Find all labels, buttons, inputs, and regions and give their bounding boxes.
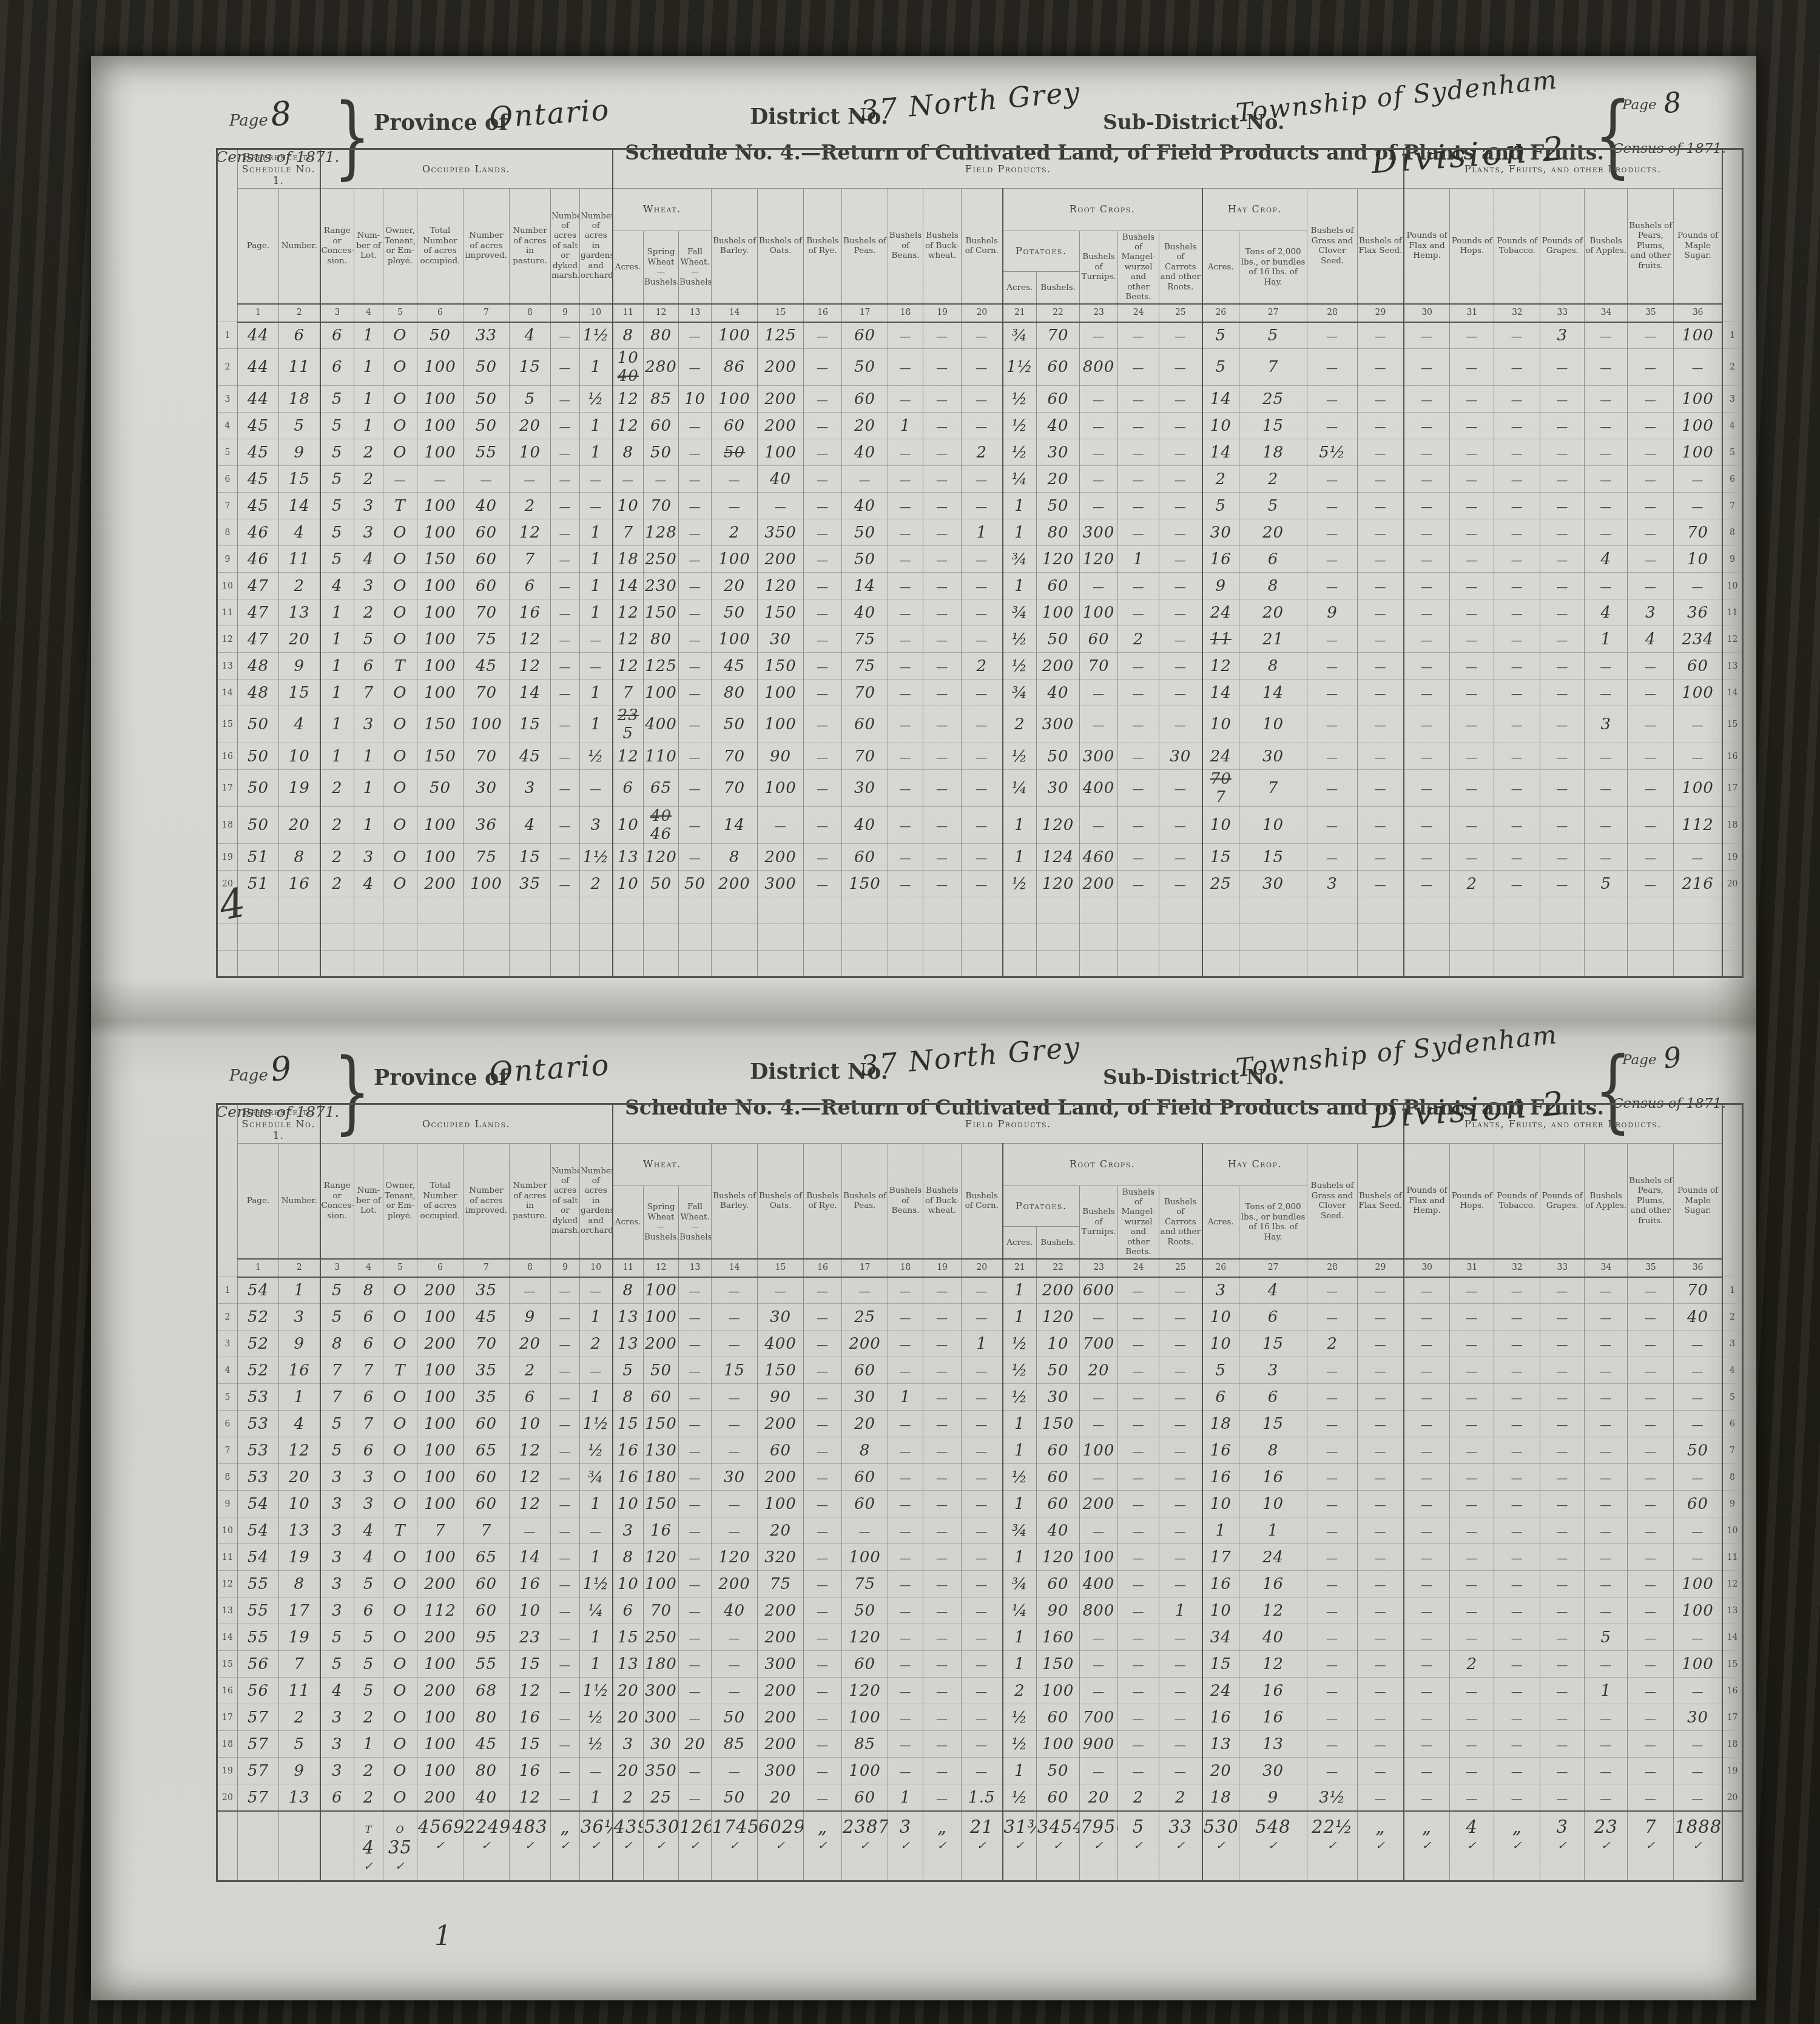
cell-col-31: — [1450,1304,1494,1331]
cell-col-33: — [1540,1597,1585,1624]
cell-col-2: 6 [279,322,320,349]
cell-col-24: 1 [1118,546,1159,573]
blank-dash: — [1645,1312,1657,1325]
blank-dash: — [689,1605,701,1619]
row-number-right: 20 [1722,1784,1743,1811]
total-cell-col-17: 2387✓ [842,1811,888,1881]
cell-col-24: 2 [1118,626,1159,653]
cell-col-24: — [1118,1544,1159,1571]
blank-dash: — [1326,420,1338,434]
blank-dash: — [1421,1659,1433,1672]
cell-col-2: 8 [279,844,320,871]
row-number-left: 3 [217,386,238,413]
cell-col-1: 46 [238,519,279,546]
cell-col-9: — [551,1384,580,1411]
column-number-28: 28 [1307,304,1358,322]
cell-col-7: 100 [463,706,510,743]
column-header-31: Pounds of Hops. [1450,188,1494,304]
cell-col-36: — [1674,1758,1722,1784]
blank-dash: — [1421,394,1433,407]
blank-dash: — [1556,1766,1568,1779]
blank-dash: — [976,1632,988,1645]
cell-col-9: — [551,807,580,844]
cell-col-35: — [1628,770,1674,807]
cell-col-8: 15 [510,1731,551,1758]
cell-col-22: 60 [1037,1571,1080,1597]
cell-col-28: — [1307,1304,1358,1331]
blank-dash: — [817,719,829,732]
total-cell-col-30: „✓ [1404,1811,1450,1881]
blank-dash: — [1175,1685,1187,1699]
blank-dash: — [1645,1365,1657,1378]
cell-col-4: 1 [354,807,383,844]
blank-dash: — [817,527,829,541]
cell-col-35: — [1628,349,1674,386]
blank-dash: — [1600,1712,1612,1725]
page-number-handwritten: 9 [269,1048,295,1088]
cell-col-31: — [1450,1758,1494,1784]
blank-dash: — [559,1659,571,1672]
cell-col-6: 100 [417,1437,463,1464]
row-number-right: 8 [1722,1464,1743,1491]
ledger-row-14: 14481517O1007014—17100—80100—70———¾40———… [217,680,1743,706]
cell-col-22: 60 [1037,1491,1080,1517]
cell-col-15: 200 [758,1704,804,1731]
blank-dash: — [817,447,829,460]
blank-dash: — [976,751,988,764]
column-number-9: 9 [551,304,580,322]
blank-dash: — [1556,1445,1568,1459]
blank-dash: — [689,474,701,487]
cell-col-22: 150 [1037,1651,1080,1678]
column-header-2: Number. [279,188,320,304]
cell-col-6: 100 [417,1758,463,1784]
cell-col-20: — [962,1678,1003,1704]
cell-col-9: — [551,599,580,626]
cell-col-10: 1 [580,1651,613,1678]
cell-col-21: ½ [1003,871,1037,897]
cell-col-22: 60 [1037,1784,1080,1811]
cell-col-31: — [1450,680,1494,706]
ledger-row-6: 653457O1006010—1½15150——200—20———1150———… [217,1411,1743,1437]
blank-dash: — [1556,1285,1568,1298]
cell-col-4: 4 [354,1544,383,1571]
blank-dash: — [1511,527,1523,541]
checkmark: ✓ [1119,1839,1158,1852]
cell-col-7: 60 [463,1411,510,1437]
blank-dash: — [1600,751,1612,764]
cell-col-34: 1 [1585,626,1628,653]
cell-col-1: 57 [238,1731,279,1758]
blank-dash: — [1556,1792,1568,1806]
blank-dash: — [1600,852,1612,865]
blank-dash: — [1556,1525,1568,1539]
cell-col-6: 100 [417,1731,463,1758]
cell-col-23: 300 [1080,519,1118,546]
cell-col-19: — [923,1464,962,1491]
cell-col-31: — [1450,1357,1494,1384]
cell-col-10: 1 [580,439,613,466]
cell-col-36: — [1674,349,1722,386]
cell-col-24: — [1118,439,1159,466]
cell-col-24: — [1118,680,1159,706]
cell-col-8: 12 [510,1464,551,1491]
cell-col-17: 150 [842,871,888,897]
cell-col-33: — [1540,706,1585,743]
cell-col-21: 1 [1003,844,1037,871]
cell-col-14: — [712,1678,758,1704]
column-number-31: 31 [1450,304,1494,322]
cell-col-4: 2 [354,439,383,466]
cell-col-4: 5 [354,1624,383,1651]
cell-col-6: — [417,466,463,493]
cell-col-29: — [1358,871,1404,897]
cell-col-20: — [962,626,1003,653]
cell-col-16: — [804,1597,842,1624]
cell-col-25: — [1159,844,1202,871]
column-header-4: Num- ber of Lot. [354,188,383,304]
cell-col-27: 20 [1239,599,1307,626]
row-number-left: 5 [217,1384,238,1411]
blank-dash: — [1374,1712,1386,1725]
cell-col-19: — [923,844,962,871]
cell-col-23: 300 [1080,743,1118,770]
cell-col-29: — [1358,743,1404,770]
cell-col-21: 1½ [1003,349,1037,386]
cell-col-19: — [923,680,962,706]
cell-col-1: 45 [238,439,279,466]
row-number-left: 17 [217,770,238,807]
column-header-27: Tons of 2,000 lbs., or bundles of 16 lbs… [1239,1186,1307,1259]
cell-col-19: — [923,1384,962,1411]
cell-col-33: — [1540,1277,1585,1304]
cell-col-21: 1 [1003,493,1037,519]
cell-col-15: 300 [758,871,804,897]
cell-col-20: — [962,844,1003,871]
cell-col-8: 2 [510,493,551,519]
cell-col-28: — [1307,1437,1358,1464]
cell-col-28: — [1307,1491,1358,1517]
cell-col-16: — [804,1731,842,1758]
cell-col-32: — [1494,1384,1540,1411]
cell-col-5: O [383,1277,417,1304]
blank-dash: — [559,1792,571,1806]
cell-col-9: — [551,871,580,897]
cell-col-18: — [888,1437,923,1464]
cell-col-10: 1 [580,519,613,546]
cell-col-17: 75 [842,626,888,653]
cell-col-10: 1 [580,573,613,599]
cell-col-36: 112 [1674,807,1722,844]
cell-col-22: 50 [1037,1758,1080,1784]
blank-dash: — [729,1312,741,1325]
blank-dash: — [817,1392,829,1405]
cell-col-5: — [383,466,417,493]
blank-dash: — [1421,719,1433,732]
cell-col-35: — [1628,844,1674,871]
cell-col-29: — [1358,680,1404,706]
cell-col-1: 50 [238,770,279,807]
cell-col-4: 7 [354,680,383,706]
column-header-18: Bushels of Beans. [888,1143,923,1259]
blank-dash: — [1556,527,1568,541]
cell-col-29: — [1358,1624,1404,1651]
column-header-25: Bushels of Carrots and other Roots. [1159,231,1202,304]
blank-dash: — [1133,527,1145,541]
blank-dash: — [1421,1525,1433,1539]
cell-col-15: 100 [758,680,804,706]
cell-col-9: — [551,439,580,466]
blank-dash: — [1692,501,1704,514]
checkmark: ✓ [1358,1839,1403,1852]
row-number-right: 14 [1722,1624,1743,1651]
cell-col-34: — [1585,1357,1628,1384]
blank-dash: — [1175,1445,1187,1459]
blank-dash: — [1326,1365,1338,1378]
cell-col-13: 10 [679,386,712,413]
blank-dash: — [1374,330,1386,343]
cell-col-3: 2 [320,871,354,897]
column-header-20: Bushels of Corn. [962,1143,1003,1259]
row-number-left: 11 [217,1544,238,1571]
cell-col-25: — [1159,1464,1202,1491]
cell-col-20: — [962,599,1003,626]
cell-col-6: 100 [417,349,463,386]
cell-col-15: 200 [758,844,804,871]
cell-col-17: 60 [842,386,888,413]
cell-col-15: 200 [758,1597,804,1624]
blank-dash: — [1421,783,1433,796]
blank-dash: — [936,1418,948,1432]
cell-col-29: — [1358,1517,1404,1544]
cell-col-28: — [1307,386,1358,413]
cell-col-30: — [1404,466,1450,493]
blank-dash: — [1374,527,1386,541]
cell-col-4: 1 [354,770,383,807]
cell-col-29: — [1358,1411,1404,1437]
cell-col-1: 47 [238,599,279,626]
cell-col-36: 216 [1674,871,1722,897]
cell-col-29: — [1358,1304,1404,1331]
cell-col-30: — [1404,1304,1450,1331]
cell-col-23: — [1080,1411,1118,1437]
blank-dash: — [1374,1792,1386,1806]
cell-col-34: — [1585,1544,1628,1571]
cell-col-30: — [1404,546,1450,573]
cell-col-22: 80 [1037,519,1080,546]
blank-dash: — [1466,1418,1478,1432]
cell-col-5: O [383,807,417,844]
cell-col-9: — [551,1437,580,1464]
blank-dash: — [1133,1472,1145,1485]
cell-col-29: — [1358,573,1404,599]
cell-col-3: 2 [320,844,354,871]
cell-col-28: 3½ [1307,1784,1358,1811]
blank-dash: — [1175,1338,1187,1352]
blank-dash: — [1466,820,1478,833]
cell-col-6: 100 [417,386,463,413]
cell-col-35: — [1628,1357,1674,1384]
blank-dash: — [976,1499,988,1512]
cell-col-12: 400 [644,706,679,743]
cell-col-12: 100 [644,1277,679,1304]
cell-col-16: — [804,1464,842,1491]
cell-col-18: — [888,1597,923,1624]
cell-col-23: — [1080,413,1118,439]
cell-col-19: — [923,519,962,546]
row-number-right: 12 [1722,626,1743,653]
blank-dash: — [1421,1605,1433,1619]
blank-dash: — [936,1499,948,1512]
cell-col-19: — [923,1437,962,1464]
blank-dash: — [559,1365,571,1378]
column-number-25: 25 [1159,304,1202,322]
total-cell-col-22: 3454✓ [1037,1811,1080,1881]
cell-col-22: 30 [1037,1384,1080,1411]
cell-col-30: — [1404,1464,1450,1491]
cell-col-27: 6 [1239,1304,1307,1331]
cell-col-18: — [888,1731,923,1758]
cell-col-7: 35 [463,1384,510,1411]
blank-dash: — [1692,1472,1704,1485]
cell-col-18: — [888,546,923,573]
cell-col-22: 160 [1037,1624,1080,1651]
column-header-10: Number of acres in gardens and orchards. [580,188,613,304]
blank-dash: — [1175,879,1187,892]
cell-col-35: — [1628,1571,1674,1597]
column-header-33: Pounds of Grapes. [1540,188,1585,304]
cell-col-11: 3 [613,1517,644,1544]
cell-col-18: — [888,573,923,599]
cell-col-2: 12 [279,1437,320,1464]
blank-dash: — [689,362,701,375]
cell-col-34: — [1585,519,1628,546]
blank-dash: — [1133,1659,1145,1672]
cell-col-25: — [1159,626,1202,653]
row-number-right: 19 [1722,844,1743,871]
blank-dash: — [1600,1312,1612,1325]
cell-col-5: O [383,743,417,770]
cell-col-6: 150 [417,743,463,770]
cell-col-9: — [551,1731,580,1758]
ledger-row-17: 17501921O50303——665—70100—30———¼30400——7… [217,770,1743,807]
cell-col-13: — [679,1411,712,1437]
cell-col-29: — [1358,1277,1404,1304]
cell-col-11: 15 [613,1411,644,1437]
cell-col-16: — [804,349,842,386]
cell-col-33: — [1540,844,1585,871]
page-label: Page [229,1067,268,1085]
cell-col-19: — [923,1277,962,1304]
cell-col-22: 120 [1037,1544,1080,1571]
cell-col-6: 100 [417,493,463,519]
cell-col-13: — [679,1571,712,1597]
row-number-column-left [217,149,238,322]
blank-dash: — [1421,1285,1433,1298]
cell-col-11: 16 [613,1437,644,1464]
column-number-1: 1 [238,1259,279,1277]
blank-dash: — [1133,1365,1145,1378]
row-number-right: 1 [1722,1277,1743,1304]
ledger-row-3: 352986O2007020—213200——400—200——1½10700—… [217,1331,1743,1357]
cell-col-28: — [1307,1464,1358,1491]
blank-dash: — [1421,1365,1433,1378]
cell-col-5: O [383,599,417,626]
column-header-17: Bushels of Peas. [842,188,888,304]
blank-dash: — [976,1712,988,1725]
blank-dash: — [1133,1392,1145,1405]
blank-dash: — [817,1445,829,1459]
cell-col-13: — [679,770,712,807]
blank-dash: — [936,362,948,375]
cell-col-36: 100 [1674,439,1722,466]
cell-col-13: — [679,1544,712,1571]
cell-col-18: — [888,1624,923,1651]
cell-col-16: — [804,1384,842,1411]
cell-col-36: 36 [1674,599,1722,626]
cell-col-27: 25 [1239,386,1307,413]
cell-col-29: — [1358,599,1404,626]
column-number-5: 5 [383,304,417,322]
cell-col-18: — [888,1331,923,1357]
cell-col-32: — [1494,1731,1540,1758]
blank-dash: — [1421,1445,1433,1459]
row-number-left: 15 [217,1651,238,1678]
blank-dash: — [900,661,912,674]
cell-col-3: 4 [320,573,354,599]
cell-col-2: 9 [279,439,320,466]
cell-col-12: 80 [644,322,679,349]
cell-col-11: 10 [613,807,644,844]
checkmark: ✓ [804,1839,841,1852]
cell-col-25: — [1159,439,1202,466]
cell-col-15: — [758,493,804,519]
blank-dash: — [976,634,988,647]
cell-col-15: 200 [758,349,804,386]
cell-col-25: — [1159,1704,1202,1731]
blank-dash: — [1421,1685,1433,1699]
cell-col-17: 85 [842,1731,888,1758]
cell-col-3: 1 [320,743,354,770]
cell-col-33: — [1540,599,1585,626]
cell-col-23: 800 [1080,349,1118,386]
cell-col-7: 80 [463,1758,510,1784]
column-header-27: Tons of 2,000 lbs., or bundles of 16 lbs… [1239,231,1307,304]
cell-col-21: ½ [1003,1731,1037,1758]
cell-col-1: 50 [238,807,279,844]
cell-col-33: — [1540,413,1585,439]
group-header-hay-crop: Hay Crop. [1202,1143,1307,1186]
cell-col-16: — [804,1304,842,1331]
cell-col-3: 3 [320,1758,354,1784]
cell-col-6: 50 [417,770,463,807]
cell-col-33: — [1540,807,1585,844]
blank-dash: — [1421,820,1433,833]
blank-dash: — [1133,1552,1145,1565]
blank-dash: — [936,879,948,892]
cell-col-32: — [1494,1544,1540,1571]
row-number-right: 8 [1722,519,1743,546]
cell-col-22: 30 [1037,770,1080,807]
ledger-row-20: 20571362O2004012—1225—5020—601—1.5½60202… [217,1784,1743,1811]
cell-col-11: 7 [613,519,644,546]
cell-col-6: 100 [417,1357,463,1384]
cell-col-2: 5 [279,1731,320,1758]
blank-dash: — [559,1739,571,1752]
cell-col-11: 13 [613,844,644,871]
blank-dash: — [1511,719,1523,732]
blank-dash: — [559,554,571,567]
